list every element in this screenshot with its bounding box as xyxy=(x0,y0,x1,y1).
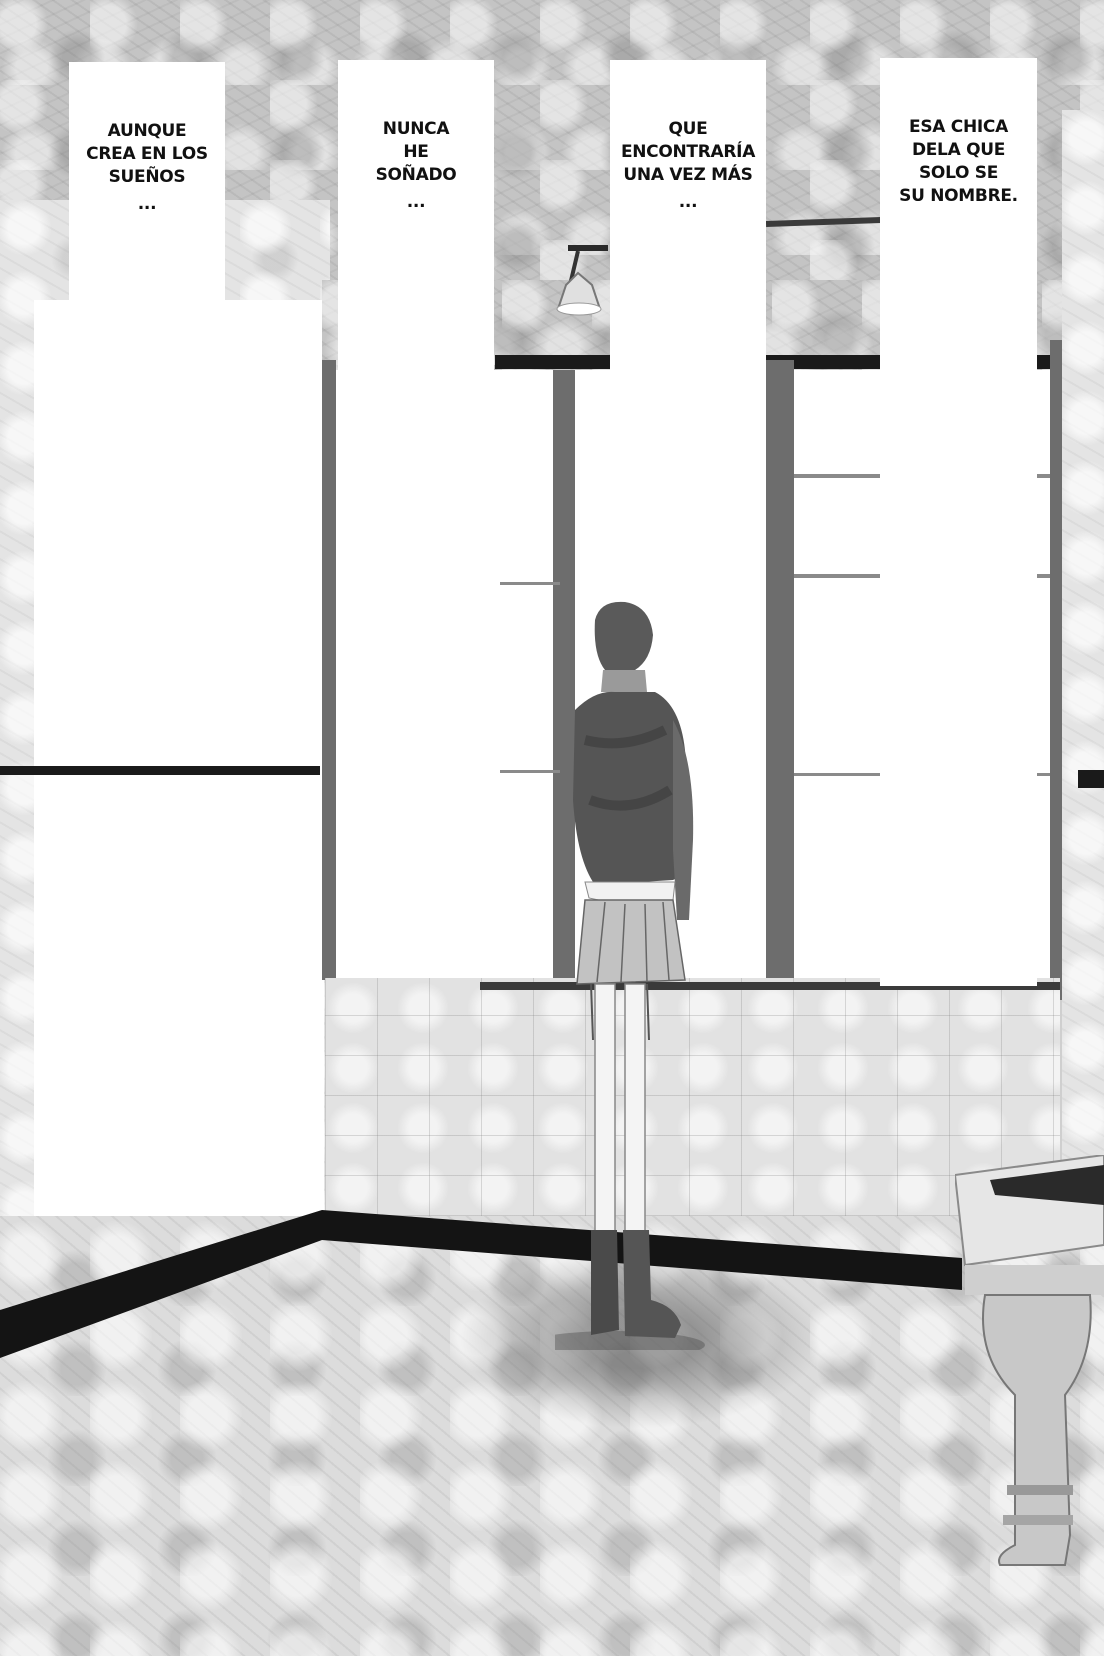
caption-line: encontraría xyxy=(621,141,755,164)
caption-box-1: Aunque crea en los sueños ... xyxy=(69,62,225,302)
caption-ellipsis: ... xyxy=(407,191,425,214)
caption-box-1-extension xyxy=(69,300,225,760)
caption-ellipsis: ... xyxy=(138,193,156,216)
caption-line: solo se xyxy=(919,162,998,185)
caption-box-3: que encontraría una vez más ... xyxy=(610,60,766,300)
caption-box-4: esa chica dela que solo se su nombre. xyxy=(880,58,1037,298)
caption-line: Nunca xyxy=(383,118,449,141)
caption-line: crea en los xyxy=(86,143,208,166)
caption-box-4-extension xyxy=(880,296,1037,986)
caption-box-3-extension xyxy=(610,298,766,578)
girl-figure xyxy=(555,600,715,1350)
caption-line: que xyxy=(669,118,708,141)
stone-sink xyxy=(955,1155,1104,1575)
caption-line: soñado xyxy=(376,164,457,187)
caption-ellipsis: ... xyxy=(679,191,697,214)
caption-line: esa chica xyxy=(909,116,1008,139)
caption-box-2: Nunca he soñado ... xyxy=(338,60,494,300)
manga-page: Aunque crea en los sueños ... Nunca he s… xyxy=(0,0,1104,1656)
caption-line: he xyxy=(403,141,428,164)
caption-line: una vez más xyxy=(623,164,752,187)
caption-box-2-extension xyxy=(338,298,494,970)
caption-line: dela que xyxy=(912,139,1005,162)
caption-line: Aunque xyxy=(108,120,187,143)
caption-line: sueños xyxy=(109,166,186,189)
caption-line: su nombre. xyxy=(899,185,1018,208)
